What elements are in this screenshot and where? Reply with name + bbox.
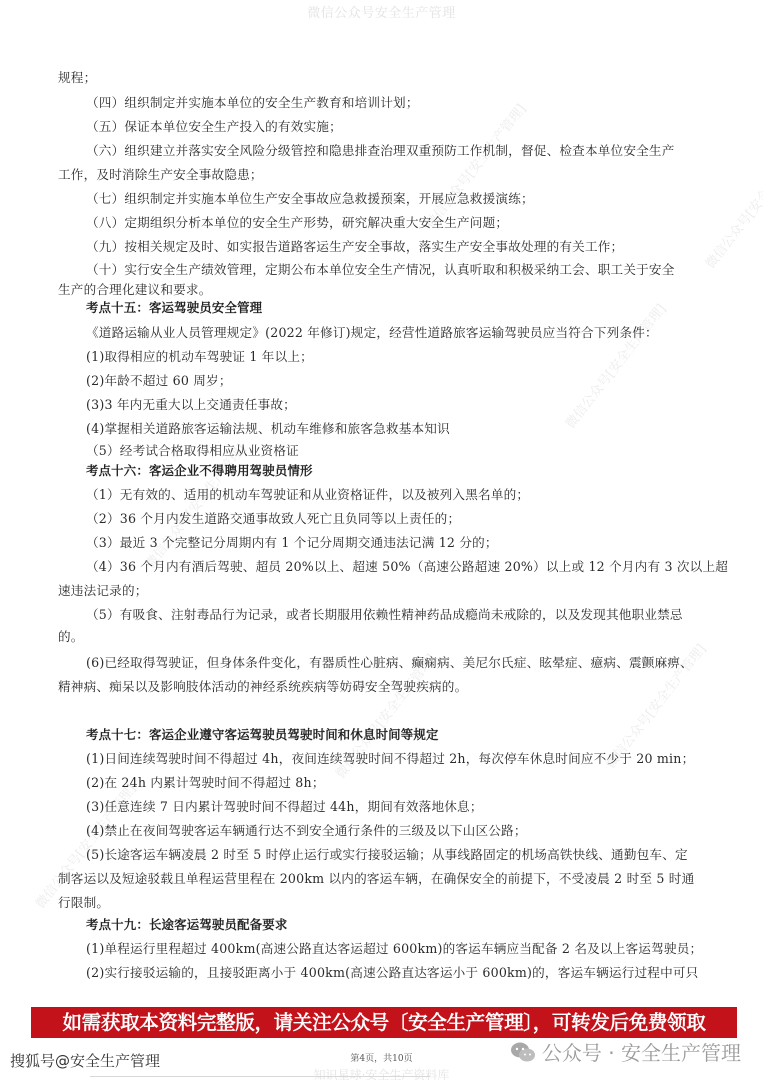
diagonal-watermark: 微信公众号[安全生产管理] [700,139,763,271]
section-heading: 考点十五：客运驾驶员安全管理 [86,300,262,316]
text-line: 规程； [58,70,96,86]
text-line: 《道路运输从业人员管理规定》(2022 年修订)规定，经营性道路旅客运输驾驶员应… [86,325,658,341]
wechat-account-text: 公众号 · 安全生产管理 [542,1037,741,1066]
section-heading: 考点十九：长途客运驾驶员配备要求 [86,917,287,933]
text-line: (6)已经取得驾驶证，但身体条件变化，有器质性心脏病、癫痫病、美尼尔氏症、眩晕症… [86,655,693,671]
text-line: （1）无有效的、适用的机动车驾驶证和从业资格证件，以及被列入黑名单的； [86,487,529,503]
promo-banner[interactable]: 如需获取本资料完整版，请关注公众号〔安全生产管理〕，可转发后免费领取 [31,1007,737,1038]
footer-divider [90,1076,430,1077]
wechat-icon [510,1041,536,1063]
text-line: (3)任意连续 7 日内累计驾驶时间不得超过 44h，期间有效落地休息； [86,799,483,815]
text-line: (4)禁止在夜间驾驶客运车辆通行达不到安全通行条件的三级及以下山区公路； [86,823,527,839]
text-line: （六）组织建立并落实安全风险分级管控和隐患排查治理双重预防工作机制，督促、检查本… [86,143,675,159]
text-line: (1)日间连续驾驶时间不得超过 4h，夜间连续驾驶时间不得超过 2h，每次停车休… [86,751,694,767]
text-line: （九）按相关规定及时、如实报告道路客运生产安全事故，落实生产安全事故处理的有关工… [86,239,623,255]
top-watermark: 微信公众号安全生产管理 [0,2,763,21]
text-line: (4)掌握相关道路旅客运输法规、机动车维修和旅客急救基本知识 [86,421,450,437]
text-line: （5）经考试合格取得相应从业资格证 [86,443,299,459]
text-line: 的。 [58,629,84,645]
wechat-account-label: 公众号 · 安全生产管理 [510,1037,741,1066]
text-line: 精神病、痴呆以及影响肢体活动的神经系统疾病等妨碍安全驾驶疾病的。 [58,679,467,695]
section-heading: 考点十六：客运企业不得聘用驾驶员情形 [86,463,313,479]
text-line: 工作，及时消除生产安全事故隐患； [58,167,263,183]
text-line: （五）保证本单位安全生产投入的有效实施； [86,119,342,135]
text-line: (1)取得相应的机动车驾驶证 1 年以上； [86,349,313,365]
text-line: (2)年龄不超过 60 周岁； [86,373,232,389]
text-line: (2)在 24h 内累计驾驶时间不得超过 8h； [86,775,325,791]
text-line: （十）实行安全生产绩效管理，定期公布本单位安全生产情况，认真听取和积极采纳工会、… [86,262,675,278]
faded-footer-text: 知识星球·安全生产资料库 [0,1066,763,1080]
text-line: (2)实行接驳运输的，且接驳距离小于 400km(高速公路直达客运小于 600k… [86,965,698,981]
text-line: （3）最近 3 个完整记分周期内有 1 个记分周期交通违法记满 12 分的； [86,535,498,551]
text-line: 行限制。 [58,895,109,911]
diagonal-watermark: 微信公众号[安全生产管理] [140,439,249,571]
diagonal-watermark: 微信公众号[安全生产管理] [420,99,529,231]
text-line: 生产的合理化建议和要求。 [58,282,212,298]
text-line: （四）组织制定并实施本单位的安全生产教育和培训计划； [86,95,419,111]
text-line: （八）定期组织分析本单位的安全生产形势，研究解决重大安全生产问题； [86,215,508,231]
text-line: (1)单程运行里程超过 400km(高速公路直达客运超过 600km)的客运车辆… [86,941,702,957]
section-heading: 考点十七：客运企业遵守客运驾驶员驾驶时间和休息时间等规定 [86,727,439,743]
diagonal-watermark: 微信公众号[安全生产管理] [560,299,669,431]
text-line: （5）有吸食、注射毒品行为记录，或者长期服用依赖性精神药品成瘾尚未戒除的，以及发… [86,607,683,623]
text-line: 制客运以及短途驳载且单程运营里程在 200km 以内的客运车辆，在确保安全的前提… [58,871,694,887]
text-line: (5)长途客运车辆凌晨 2 时至 5 时停止运行或实行接驳运输；从事线路固定的机… [86,847,688,863]
text-line: 速违法记录的； [58,583,148,599]
text-line: （4）36 个月内有酒后驾驶、超员 20%以上、超速 50%（高速公路超速 20… [86,559,728,575]
text-line: （2）36 个月内发生道路交通事故致人死亡且负同等以上责任的； [86,511,460,527]
text-line: (3)3 年内无重大以上交通责任事故； [86,397,296,413]
text-line: （七）组织制定并实施本单位生产安全事故应急救援预案，开展应急救援演练； [86,191,534,207]
